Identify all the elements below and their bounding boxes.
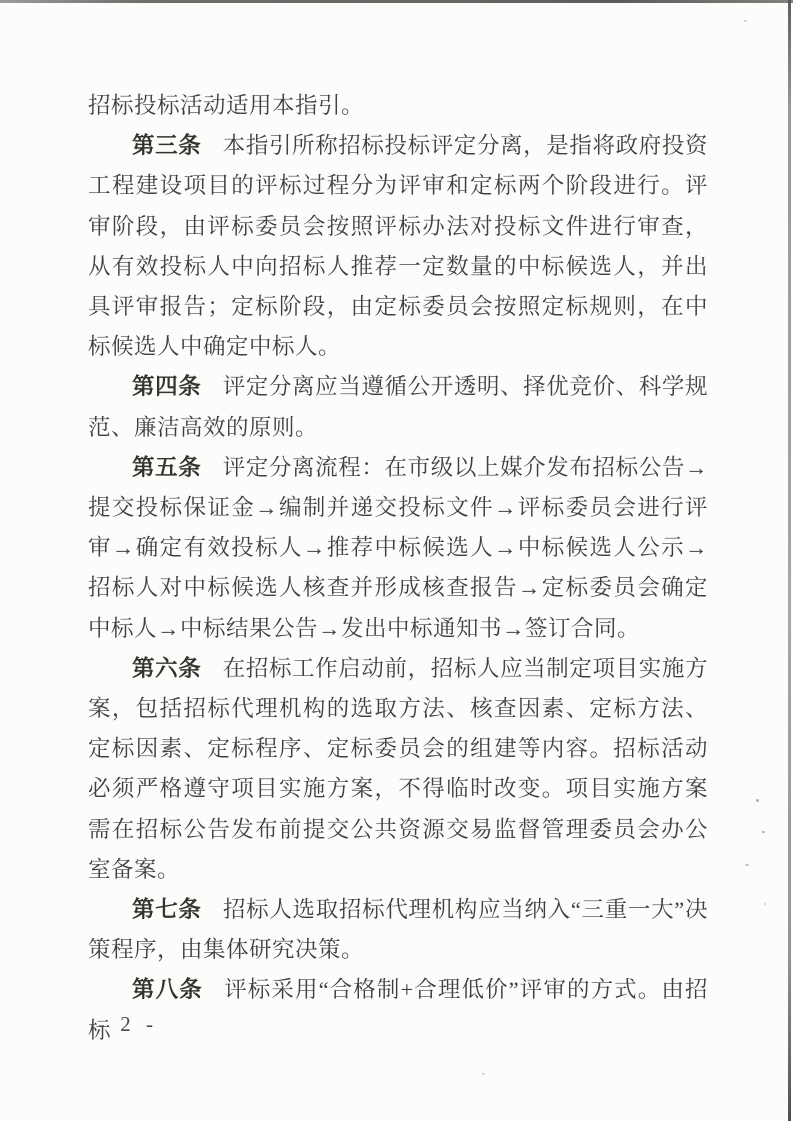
paragraph-article-8: 第八条评标采用“合格制+合理低价”评审的方式。由招标 [88, 970, 708, 1050]
scan-speck [482, 1073, 485, 1075]
paragraph-text: 招标投标活动适用本指引。 [88, 93, 364, 118]
paragraph-text: 本指引所称招标投标评定分离，是指将政府投资工程建设项目的评标过程分为评审和定标两… [88, 133, 708, 359]
paragraph-article-5: 第五条评定分离流程：在市级以上媒介发布招标公告→提交投标保证金→编制并递交投标文… [88, 448, 708, 649]
scan-edge-right-artifact [788, 0, 791, 1121]
paragraph-text: 在招标工作启动前，招标人应当制定项目实施方案，包括招标代理机构的选取方法、核查因… [88, 656, 708, 882]
article-number: 第三条 [132, 133, 201, 158]
article-number: 第六条 [132, 656, 201, 681]
scan-speck [744, 20, 747, 22]
paragraph-article-6: 第六条在招标工作启动前，招标人应当制定项目实施方案，包括招标代理机构的选取方法、… [88, 649, 708, 890]
scan-edge-top-artifact [0, 0, 793, 3]
scan-speck [764, 903, 766, 905]
scan-speck [756, 799, 759, 802]
article-number: 第八条 [132, 977, 203, 1002]
article-number: 第四条 [132, 374, 201, 399]
paragraph-continuation: 招标投标活动适用本指引。 [88, 86, 708, 126]
paragraph-article-4: 第四条评定分离应当遵循公开透明、择优竞价、科学规范、廉洁高效的原则。 [88, 367, 708, 447]
paragraph-article-3: 第三条本指引所称招标投标评定分离，是指将政府投资工程建设项目的评标过程分为评审和… [88, 126, 708, 367]
document-body: 招标投标活动适用本指引。 第三条本指引所称招标投标评定分离，是指将政府投资工程建… [88, 86, 708, 1051]
scan-speck [745, 864, 749, 866]
article-number: 第七条 [132, 897, 202, 922]
paragraph-article-7: 第七条招标人选取招标代理机构应当纳入“三重一大”决策程序，由集体研究决策。 [88, 890, 708, 970]
scan-speck [762, 831, 765, 833]
article-number: 第五条 [132, 455, 201, 480]
page-number: - 2 - [98, 1012, 158, 1037]
scanned-document-page: 招标投标活动适用本指引。 第三条本指引所称招标投标评定分离，是指将政府投资工程建… [0, 0, 793, 1121]
paragraph-text: 评定分离流程：在市级以上媒介发布招标公告→提交投标保证金→编制并递交投标文件→评… [88, 455, 708, 641]
